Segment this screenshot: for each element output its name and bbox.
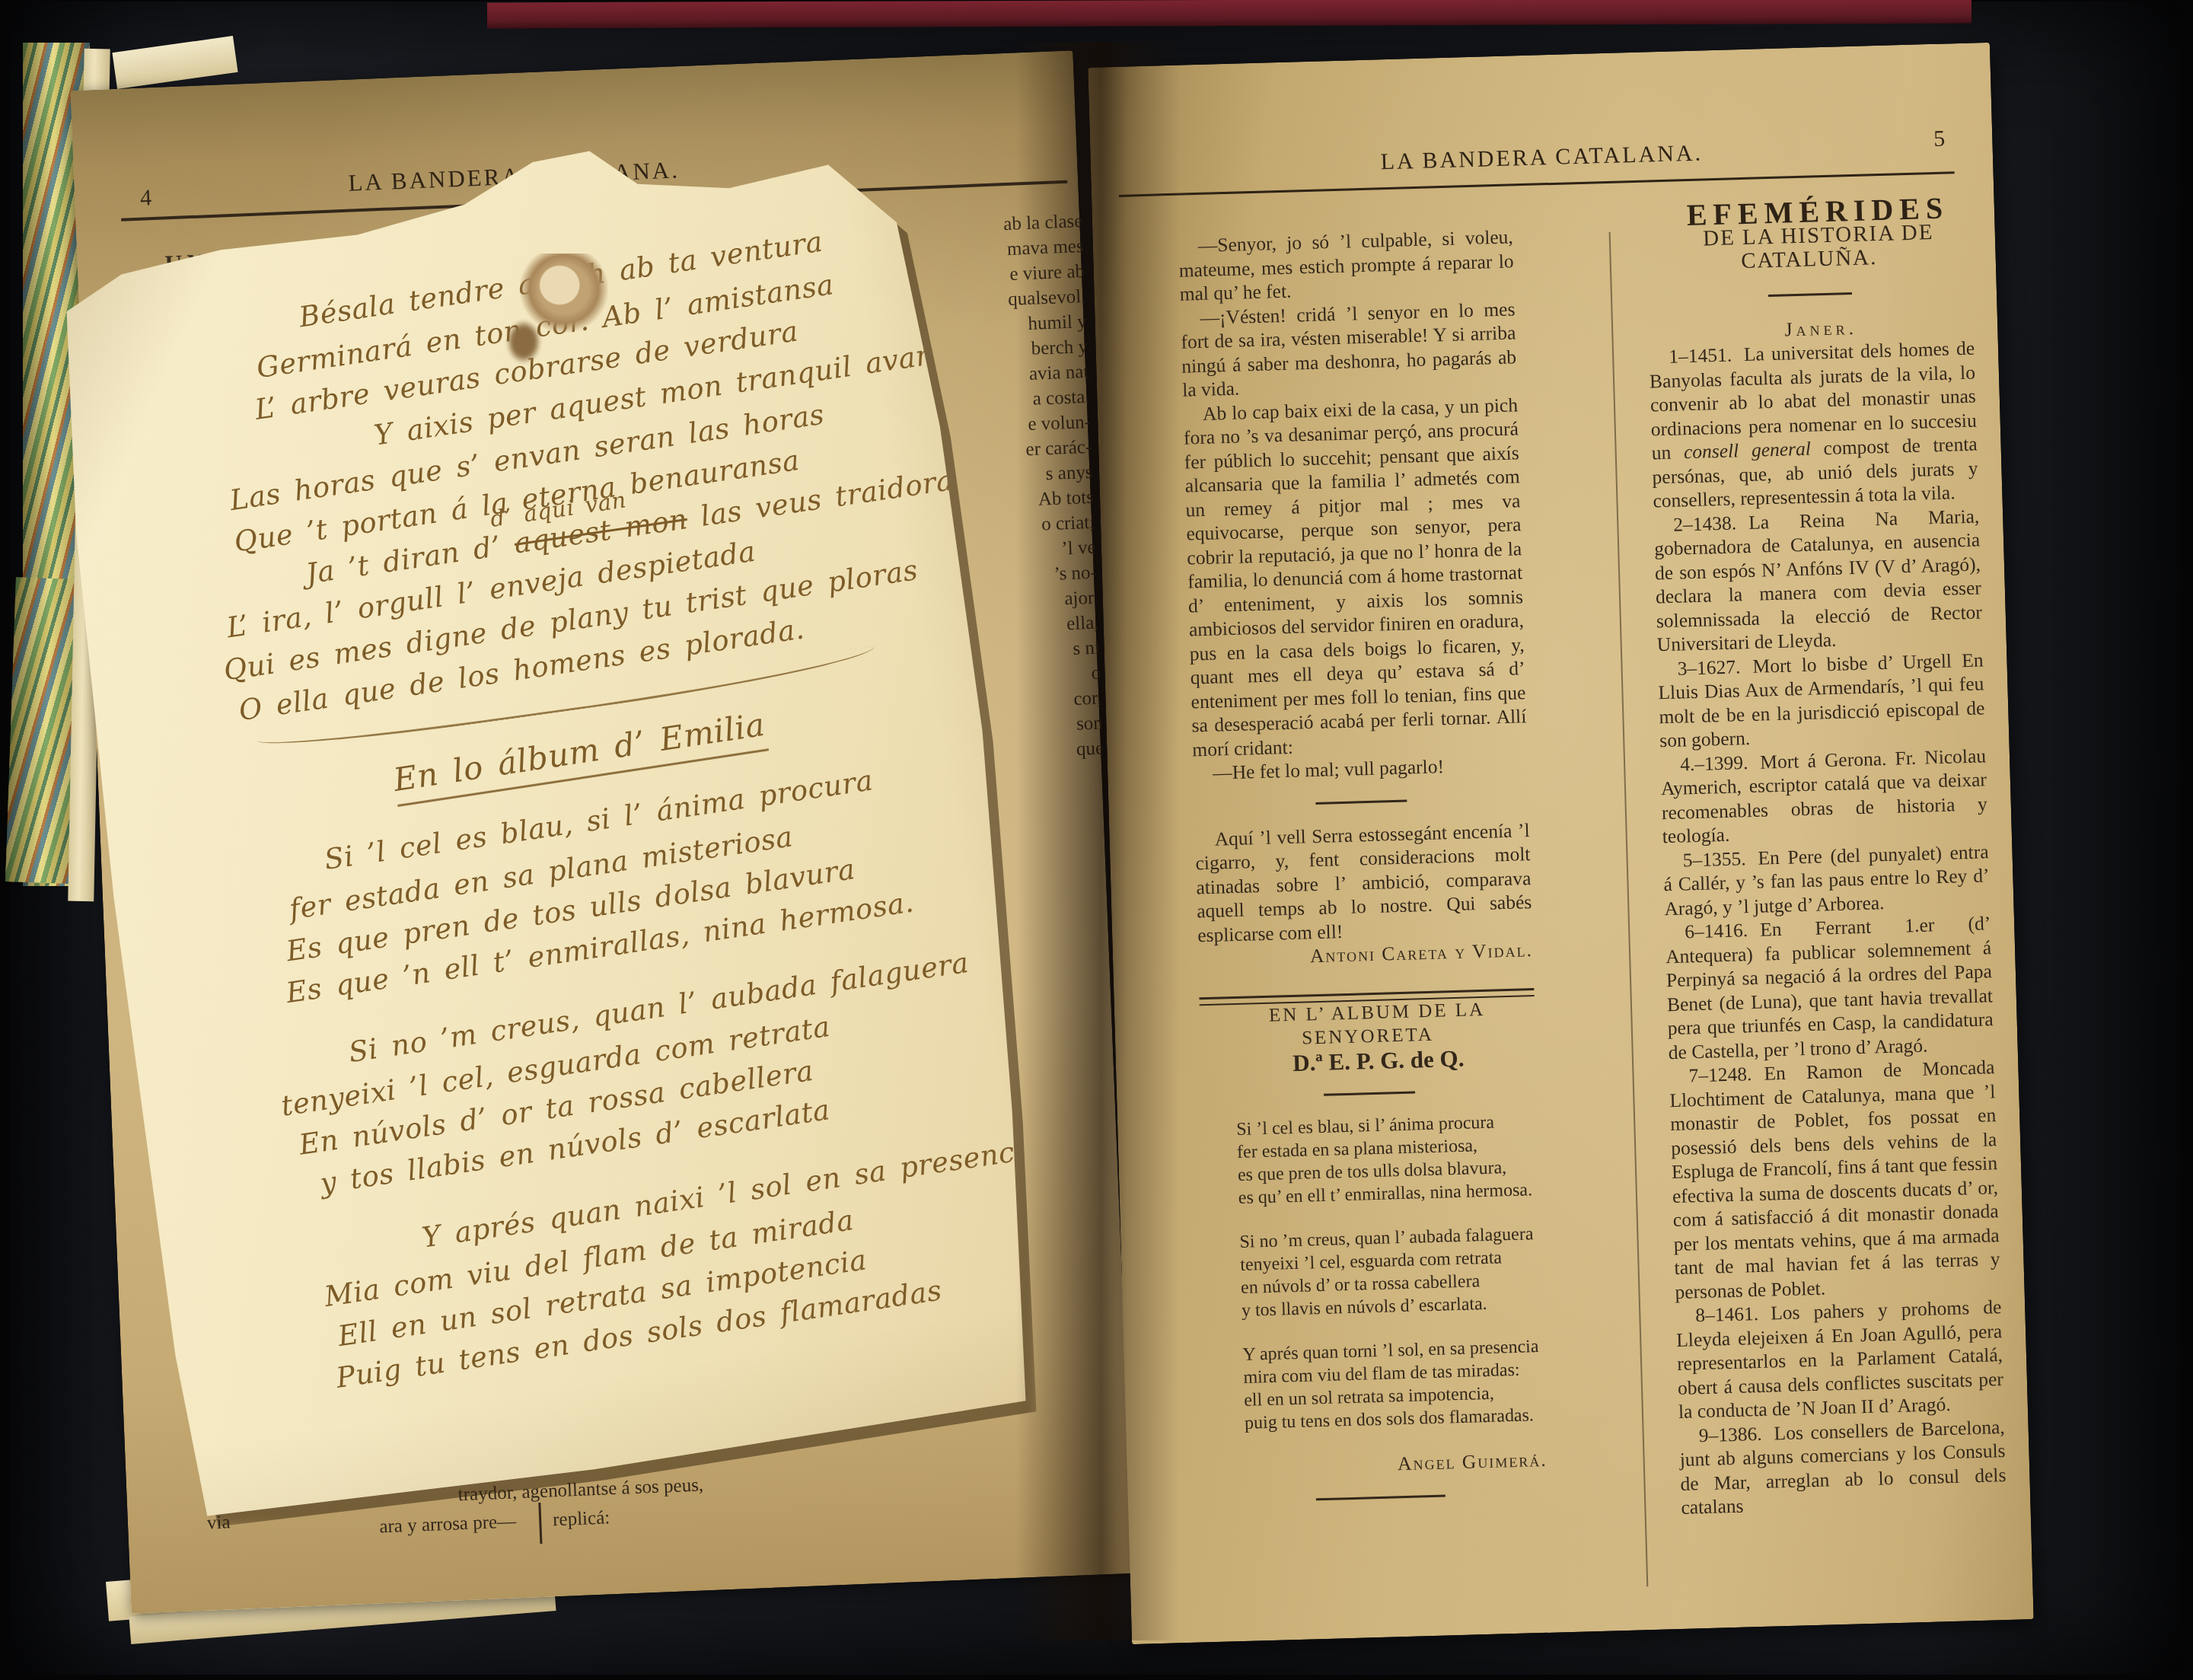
ephemeris-entry: 4.–1399.Mort á Gerona. Fr. Nicolau Aymer… [1660, 744, 1988, 849]
left-page-column-rule [538, 1503, 542, 1544]
poem-stanza: Si no ’m creus, quan l’ aubada falaguera… [1239, 1223, 1543, 1322]
section-rule [1324, 1091, 1415, 1095]
story-paragraph: —¡Vésten! cridá ’l senyor en lo mes fort… [1180, 297, 1517, 402]
story-paragraph: —Senyor, jo só ’l culpable, si voleu, ma… [1178, 225, 1514, 306]
author-signature: Angel Guimerá. [1212, 1448, 1548, 1481]
ephemeris-entry: 3–1627.Mort lo bisbe d’ Urgell En Lluis … [1657, 648, 1985, 753]
left-page-bottom-line-right: replicá: [553, 1507, 610, 1531]
right-page-column-rule [1609, 232, 1649, 1586]
ephemeris-entry: 2–1438.La Reina Na Maria, gobernadora de… [1653, 504, 1983, 657]
entry-date: 5–1355. [1682, 846, 1758, 871]
right-page-column-1: —Senyor, jo só ’l culpable, si voleu, ma… [1178, 225, 1548, 1522]
entry-date: 8–1461. [1695, 1302, 1771, 1327]
entry-text-italic: consell general [1684, 438, 1812, 464]
section-rule [1768, 292, 1852, 297]
left-page-number: 4 [139, 185, 151, 212]
entry-date: 7–1248. [1688, 1063, 1764, 1087]
book-photo-scene: 4 LA BANDERA CATALANA. UNA AL ab la clas… [0, 0, 2193, 1680]
section-rule [1315, 799, 1407, 804]
manuscript-sheet: Bésala tendre amich ab ta ventura Germin… [65, 148, 1028, 1519]
entry-date: 6–1416. [1685, 919, 1761, 943]
entry-date: 4.–1399. [1680, 751, 1761, 775]
ephemeris-entry: 7–1248.En Ramon de Moncada Llochtiment d… [1669, 1055, 2001, 1304]
entry-text: En Ramon de Moncada Llochtiment de Catal… [1669, 1056, 2000, 1302]
entry-date: 9–1386. [1698, 1422, 1774, 1446]
right-page-number: 5 [1933, 126, 1946, 152]
entry-date: 2–1438. [1673, 511, 1749, 535]
story-paragraph: Aquí ’l vell Serra estossegánt encenía ’… [1194, 818, 1532, 948]
ephemeris-entry: 6–1416.En Ferrant 1.er (d’ Antequera) fa… [1665, 911, 1994, 1064]
printed-poem: Si ’l cel es blau, si l’ ánima procura f… [1236, 1110, 1546, 1435]
poem-stanza: Si ’l cel es blau, si l’ ánima procura f… [1236, 1110, 1540, 1210]
entry-date: 1–1451. [1669, 343, 1745, 368]
ephemeris-entry: 1–1451.La universitat dels homes de Bany… [1649, 336, 1979, 513]
paper-stain-small [506, 320, 541, 364]
entry-date: 3–1627. [1677, 655, 1753, 679]
poem-stanza: Y aprés quan torni ’l sol, en sa presenc… [1242, 1335, 1546, 1435]
ephemeris-entry: 8–1461.Los pahers y prohoms de Lleyda el… [1675, 1295, 2004, 1423]
ephemeris-entry: 9–1386.Los consellers de Barcelona, junt… [1678, 1415, 2007, 1520]
section-rule [1316, 1494, 1446, 1500]
ephemeris-entry: 5–1355.En Pere (del punyalet) entra á Ca… [1662, 840, 1990, 920]
right-page-column-2: EFEMÉRIDES DE LA HISTORIA DE CATALUÑA. J… [1645, 196, 2007, 1520]
left-page-bottom-line-left: ara y arrosa pre— [379, 1511, 517, 1538]
right-page: LA BANDERA CATALANA. 5 —Senyor, jo só ’l… [1088, 43, 2033, 1644]
story-paragraph: Ab lo cap baix eixi de la casa, y un pic… [1183, 393, 1528, 762]
